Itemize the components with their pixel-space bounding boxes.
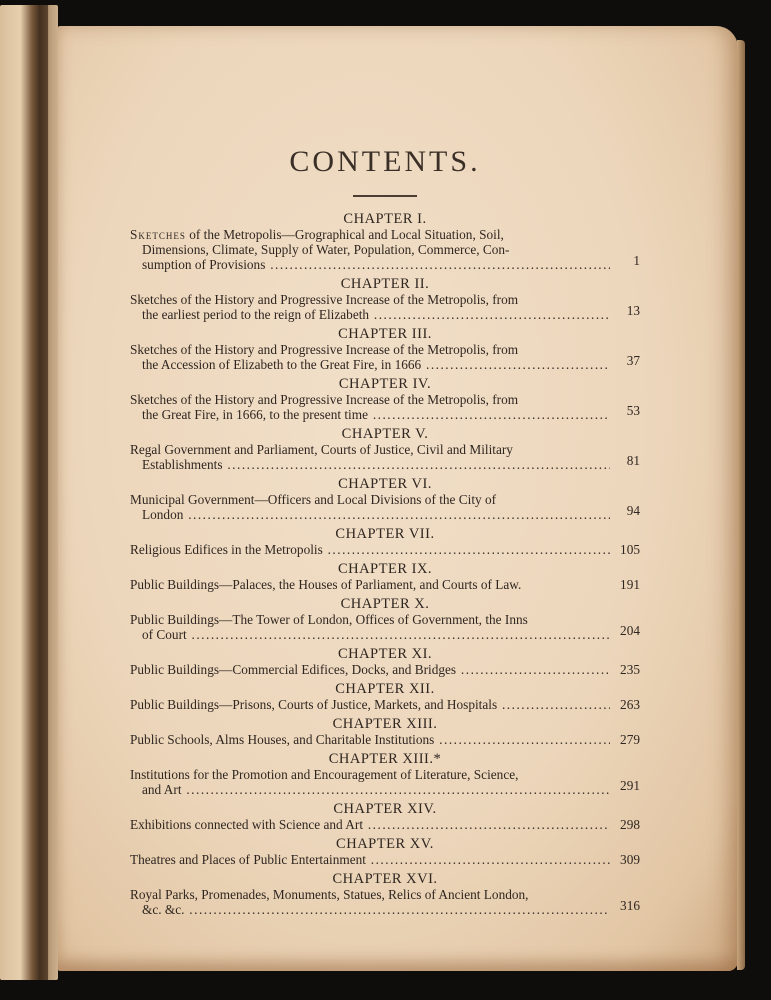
chapter-description: Exhibitions connected with Science and A…	[130, 817, 640, 832]
chapter-entry: CHAPTER II. Sketches of the History and …	[130, 276, 640, 322]
page-number: 279	[612, 732, 640, 747]
page-title: CONTENTS.	[130, 145, 640, 179]
chapter-description: Public Buildings—Palaces, the Houses of …	[130, 577, 640, 592]
chapter-heading: CHAPTER XIII.	[130, 716, 640, 732]
page-number: 94	[612, 503, 640, 518]
chapter-description: Institutions for the Promotion and Encou…	[130, 767, 640, 797]
chapter-entry: CHAPTER VI. Municipal Government—Officer…	[130, 476, 640, 522]
lead-word: Sketches	[130, 227, 186, 242]
book-spine-left-page-edge	[0, 5, 58, 980]
page-number: 263	[612, 697, 640, 712]
chapter-heading: CHAPTER I.	[130, 211, 640, 227]
chapter-entry: CHAPTER X. Public Buildings—The Tower of…	[130, 596, 640, 642]
page-number: 37	[612, 353, 640, 368]
chapter-entry: CHAPTER XV. Theatres and Places of Publi…	[130, 836, 640, 867]
chapter-entry: CHAPTER XVI. Royal Parks, Promenades, Mo…	[130, 871, 640, 917]
chapter-heading: CHAPTER IV.	[130, 376, 640, 392]
chapter-description: Sketches of the History and Progressive …	[130, 342, 640, 372]
chapter-heading: CHAPTER XVI.	[130, 871, 640, 887]
chapter-heading: CHAPTER X.	[130, 596, 640, 612]
chapter-description: Municipal Government—Officers and Local …	[130, 492, 640, 522]
chapter-entry: CHAPTER IX. Public Buildings—Palaces, th…	[130, 561, 640, 592]
page-number: 53	[612, 403, 640, 418]
page-number: 204	[612, 623, 640, 638]
chapter-description: Public Buildings—Prisons, Courts of Just…	[130, 697, 640, 712]
chapter-entry: CHAPTER XII. Public Buildings—Prisons, C…	[130, 681, 640, 712]
chapter-heading: CHAPTER II.	[130, 276, 640, 292]
page-number: 1	[612, 253, 640, 268]
chapter-heading: CHAPTER VI.	[130, 476, 640, 492]
chapter-heading: CHAPTER IX.	[130, 561, 640, 577]
chapter-description: Sketches of the History and Progressive …	[130, 392, 640, 422]
title-rule-divider	[353, 195, 417, 197]
chapter-heading: CHAPTER XII.	[130, 681, 640, 697]
chapter-heading: CHAPTER XV.	[130, 836, 640, 852]
chapter-entry: CHAPTER V. Regal Government and Parliame…	[130, 426, 640, 472]
chapter-description: Regal Government and Parliament, Courts …	[130, 442, 640, 472]
contents-list: CONTENTS. CHAPTER I. Sketches of the Met…	[130, 145, 640, 921]
page-number: 105	[612, 542, 640, 557]
page-number: 191	[612, 577, 640, 592]
chapter-entry: CHAPTER XIV. Exhibitions connected with …	[130, 801, 640, 832]
chapter-description: Sketches of the History and Progressive …	[130, 292, 640, 322]
page-number: 235	[612, 662, 640, 677]
chapter-description: Public Schools, Alms Houses, and Charita…	[130, 732, 640, 747]
page-number: 316	[612, 898, 640, 913]
chapter-description: Sketches of the Metropolis—Grographical …	[130, 227, 640, 272]
chapter-description: Royal Parks, Promenades, Monuments, Stat…	[130, 887, 640, 917]
chapter-entry: CHAPTER VII. Religious Edifices in the M…	[130, 526, 640, 557]
chapter-description: Public Buildings—Commercial Edifices, Do…	[130, 662, 640, 677]
chapter-entry: CHAPTER I. Sketches of the Metropolis—Gr…	[130, 211, 640, 272]
chapter-entry: CHAPTER XIII.* Institutions for the Prom…	[130, 751, 640, 797]
page-fore-edge	[737, 40, 745, 970]
page-number: 81	[612, 453, 640, 468]
chapter-description: Theatres and Places of Public Entertainm…	[130, 852, 640, 867]
chapter-entry: CHAPTER XI. Public Buildings—Commercial …	[130, 646, 640, 677]
chapter-heading: CHAPTER XIII.*	[130, 751, 640, 767]
chapter-heading: CHAPTER V.	[130, 426, 640, 442]
chapter-entry: CHAPTER III. Sketches of the History and…	[130, 326, 640, 372]
page-number: 309	[612, 852, 640, 867]
chapter-entry: CHAPTER IV. Sketches of the History and …	[130, 376, 640, 422]
chapter-heading: CHAPTER III.	[130, 326, 640, 342]
chapter-entry: CHAPTER XIII. Public Schools, Alms House…	[130, 716, 640, 747]
page-number: 298	[612, 817, 640, 832]
chapter-heading: CHAPTER VII.	[130, 526, 640, 542]
chapter-description: Religious Edifices in the Metropolis 105	[130, 542, 640, 557]
page-number: 13	[612, 303, 640, 318]
chapter-heading: CHAPTER XIV.	[130, 801, 640, 817]
chapter-heading: CHAPTER XI.	[130, 646, 640, 662]
page-number: 291	[612, 778, 640, 793]
chapter-description: Public Buildings—The Tower of London, Of…	[130, 612, 640, 642]
